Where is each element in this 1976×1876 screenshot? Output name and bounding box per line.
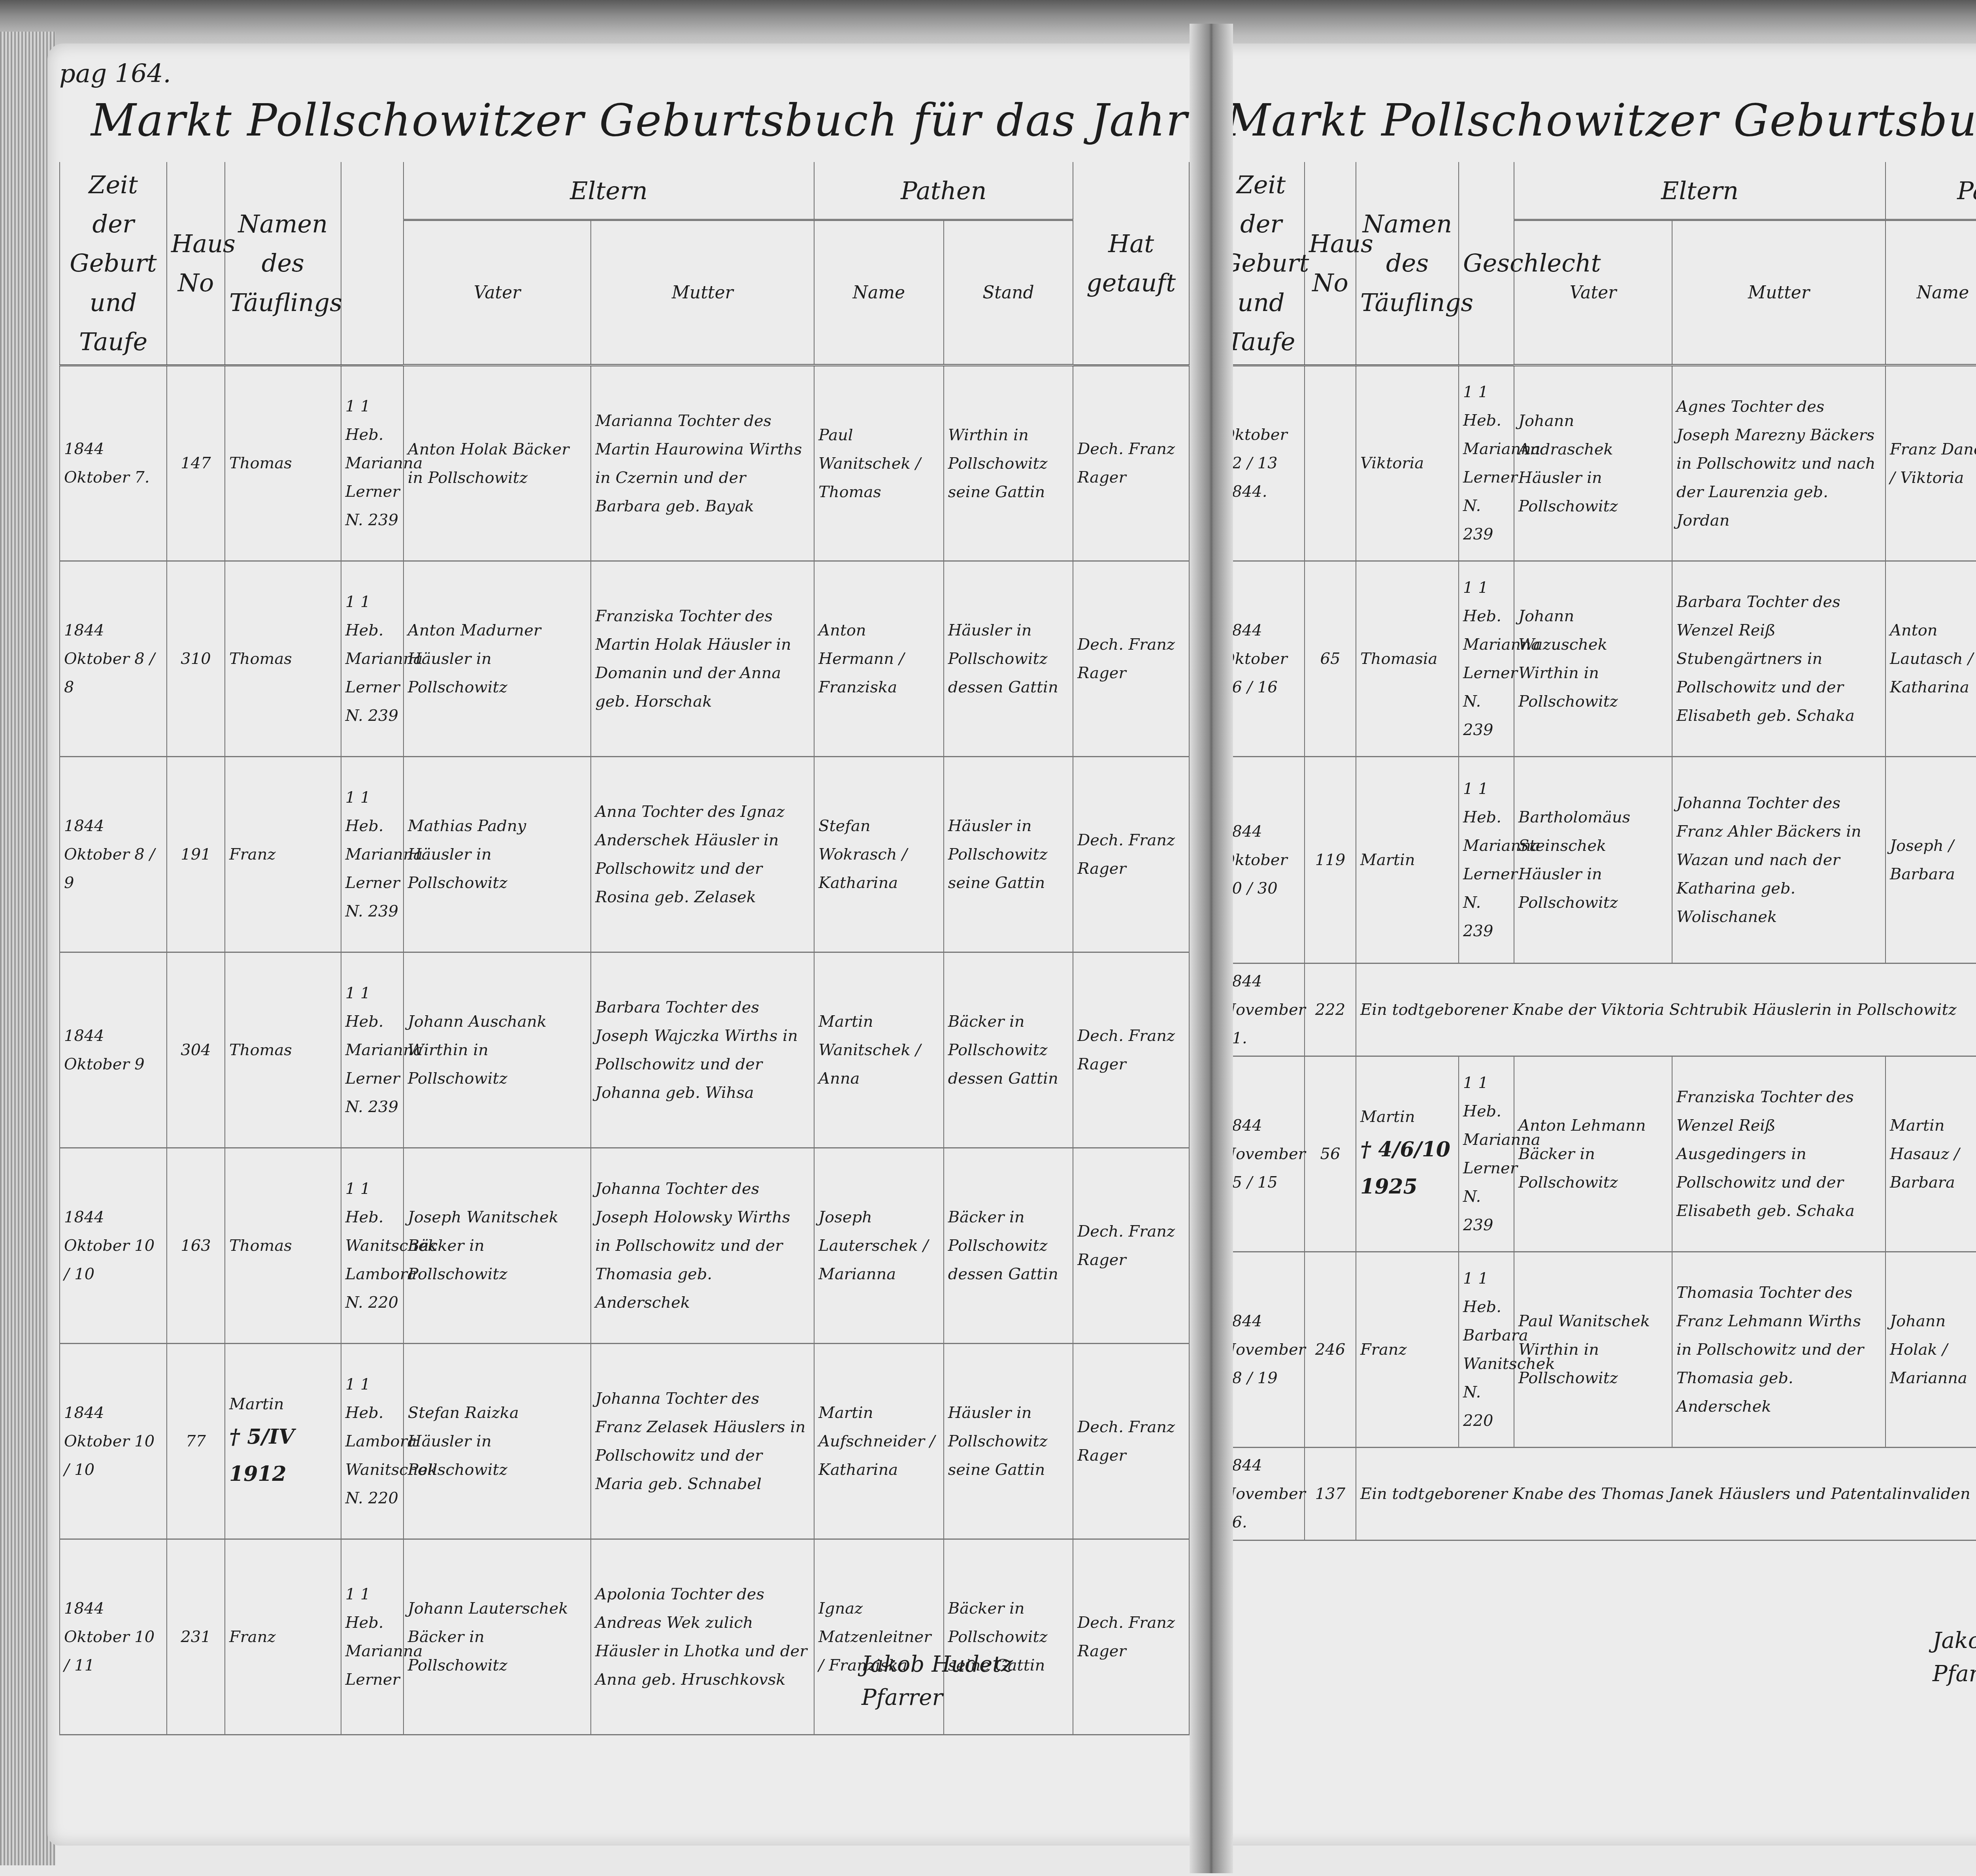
- register-entry: 1844 Oktober 10 / 11231Franz1 1Heb. Mari…: [60, 1539, 1189, 1735]
- entry-child: Thomas: [225, 561, 341, 756]
- entry-mother: Thomasia Tochter des Franz Lehmann Wirth…: [1672, 1252, 1885, 1447]
- entry-father: Anton Lehmann Bäcker in Pollschowitz: [1514, 1056, 1672, 1252]
- midwife: Heb. Marianna Lerner N. 239: [345, 616, 399, 730]
- entry-baptized-by: Dech. Franz Rager: [1073, 365, 1189, 561]
- header-date: Zeit der Geburt und Taufe: [60, 162, 167, 365]
- sex-marks: 1 1: [345, 588, 399, 616]
- entry-child: Martin: [1356, 756, 1459, 963]
- entry-mother: Johanna Tochter des Franz Zelasek Häusle…: [591, 1343, 814, 1539]
- header-parents: Eltern: [403, 162, 814, 220]
- entry-date: 1844 Oktober 7.: [60, 365, 167, 561]
- child-name: Martin: [229, 1390, 337, 1418]
- entry-godparent-name: Anton Lautasch / Katharina: [1885, 561, 1976, 756]
- page-stack-left: [0, 32, 55, 1865]
- entry-house-no: 163: [167, 1148, 225, 1343]
- birth-register-table: Zeit der Geburt und Taufe Haus No Namen …: [1217, 162, 1976, 1541]
- header-godparent-name: Name: [1885, 220, 1976, 366]
- entry-child: Martin† 4/6/10 1925: [1356, 1056, 1459, 1252]
- header-house-no: Haus No: [1305, 162, 1356, 365]
- entry-godparent-name: Joseph Lauterschek / Marianna: [814, 1148, 944, 1343]
- header-parents: Eltern: [1514, 162, 1885, 220]
- entry-mother: Barbara Tochter des Joseph Wajczka Wirth…: [591, 952, 814, 1148]
- entry-child: Thomas: [225, 952, 341, 1148]
- register-entry: 1844 Oktober 30 / 30119Martin1 1Heb. Mar…: [1218, 756, 1976, 963]
- child-name: Viktoria: [1360, 449, 1454, 477]
- entry-father: Johann Auschank Wirthin in Pollschowitz: [403, 952, 591, 1148]
- child-name: Thomasia: [1360, 645, 1454, 673]
- header-mother: Mutter: [1672, 220, 1885, 366]
- entry-house-no: 147: [167, 365, 225, 561]
- header-child-name: Namen des Täuflings: [225, 162, 341, 365]
- entry-sex-midwife: 1 1Heb. Marianna Lerner N. 239: [341, 952, 403, 1148]
- header-sex: Geschlecht: [1459, 162, 1514, 365]
- entry-house-no: 65: [1305, 561, 1356, 756]
- entry-house-no: 231: [167, 1539, 225, 1735]
- entry-sex-midwife: 1 1Heb. Lambora Wanitschek N. 220: [341, 1343, 403, 1539]
- header-mother: Mutter: [591, 220, 814, 366]
- child-name: Franz: [229, 1623, 337, 1651]
- entry-house-no: 191: [167, 756, 225, 952]
- entry-godparent-status: Bäcker in Pollschowitz dessen Gattin: [944, 1148, 1073, 1343]
- entry-date: 1844 Oktober 9: [60, 952, 167, 1148]
- entry-note: Ein todtgeborener Knabe des Thomas Janek…: [1356, 1447, 1976, 1540]
- entry-house-no: 246: [1305, 1252, 1356, 1447]
- book-spread: pag 164. Markt Pollschowitzer Geburtsbuc…: [0, 0, 1976, 1876]
- register-entry: 1844 Oktober 10 / 1077Martin† 5/IV 19121…: [60, 1343, 1189, 1539]
- sex-marks: 1 1: [345, 1370, 399, 1399]
- child-name: Martin: [1360, 846, 1454, 874]
- entry-mother: Marianna Tochter des Martin Haurowina Wi…: [591, 365, 814, 561]
- child-name: Franz: [1360, 1335, 1454, 1364]
- entry-mother: Franziska Tochter des Wenzel Reiß Ausged…: [1672, 1056, 1885, 1252]
- page-title: Markt Pollschowitzer Geburtsbuch für das…: [1225, 95, 1976, 146]
- sex-marks: 1 1: [345, 392, 399, 420]
- entry-sex-midwife: 1 1Heb. Wanitschek Lambora N. 220: [341, 1148, 403, 1343]
- entry-father: Joseph Wanitschek Bäcker in Pollschowitz: [403, 1148, 591, 1343]
- register-entry: Oktober 12 / 13 1844.Viktoria1 1Heb. Mar…: [1218, 365, 1976, 561]
- child-name: Thomas: [229, 1036, 337, 1064]
- midwife: Heb. Marianna Lerner N. 239: [1463, 602, 1510, 744]
- entry-date: 1844 Oktober 8 / 8: [60, 561, 167, 756]
- midwife: Heb. Marianna Lerner N. 239: [345, 420, 399, 534]
- entry-child: Martin† 5/IV 1912: [225, 1343, 341, 1539]
- entry-sex-midwife: 1 1Heb. Marianna Lerner N. 239: [341, 756, 403, 952]
- header-godparent-name: Name: [814, 220, 944, 366]
- entry-godparent-status: Häusler in Pollschowitz seine Gattin: [944, 1343, 1073, 1539]
- entry-godparent-status: Wirthin in Pollschowitz seine Gattin: [944, 365, 1073, 561]
- midwife: Heb. Lambora Wanitschek N. 220: [345, 1399, 399, 1512]
- entry-father: Paul Wanitschek Wirthin in Pollschowitz: [1514, 1252, 1672, 1447]
- entry-house-no: 137: [1305, 1447, 1356, 1540]
- entry-child: Franz: [225, 1539, 341, 1735]
- sex-marks: 1 1: [1463, 775, 1510, 803]
- register-entry: 1844 Oktober 9304Thomas1 1Heb. Marianna …: [60, 952, 1189, 1148]
- entry-date: 1844 Oktober 10 / 10: [60, 1343, 167, 1539]
- entry-godparent-name: Martin Wanitschek / Anna: [814, 952, 944, 1148]
- register-entry: 1844 Oktober 8 / 8310Thomas1 1Heb. Maria…: [60, 561, 1189, 756]
- entry-house-no: [1305, 365, 1356, 561]
- entry-house-no: 56: [1305, 1056, 1356, 1252]
- entry-godparent-status: Häusler in Pollschowitz dessen Gattin: [944, 561, 1073, 756]
- child-name: Thomas: [229, 1231, 337, 1260]
- entry-godparent-name: Joseph / Barbara: [1885, 756, 1976, 963]
- child-name: Franz: [229, 840, 337, 869]
- entry-father: Johann Wazuschek Wirthin in Pollschowitz: [1514, 561, 1672, 756]
- midwife: Heb. Barbara Wanitschek N. 220: [1463, 1293, 1510, 1435]
- book-gutter: [1190, 24, 1233, 1873]
- entry-baptized-by: Dech. Franz Rager: [1073, 756, 1189, 952]
- entry-godparent-name: Stefan Wokrasch / Katharina: [814, 756, 944, 952]
- entry-child: Viktoria: [1356, 365, 1459, 561]
- birth-register-table: Zeit der Geburt und Taufe Haus No Namen …: [59, 162, 1190, 1735]
- entry-baptized-by: Dech. Franz Rager: [1073, 1148, 1189, 1343]
- entry-sex-midwife: 1 1Heb. Marianna Lerner N. 239: [1459, 1056, 1514, 1252]
- header-house-no: Haus No: [167, 162, 225, 365]
- child-name: Thomas: [229, 645, 337, 673]
- register-entry: 1844 Oktober 8 / 9191Franz1 1Heb. Marian…: [60, 756, 1189, 952]
- entry-mother: Agnes Tochter des Joseph Marezny Bäckers…: [1672, 365, 1885, 561]
- register-entry: 1844 Oktober 16 / 1665Thomasia1 1Heb. Ma…: [1218, 561, 1976, 756]
- left-page: pag 164. Markt Pollschowitzer Geburtsbuc…: [47, 43, 1209, 1846]
- sex-marks: 1 1: [1463, 378, 1510, 406]
- sex-marks: 1 1: [345, 1580, 399, 1608]
- entry-mother: Anna Tochter des Ignaz Anderschek Häusle…: [591, 756, 814, 952]
- sex-marks: 1 1: [1463, 1069, 1510, 1097]
- midwife: Heb. Marianna Lerner N. 239: [345, 812, 399, 926]
- midwife: Heb. Marianna Lerner: [345, 1608, 399, 1694]
- header-father: Vater: [403, 220, 591, 366]
- entry-godparent-name: Franz Danek / Viktoria: [1885, 365, 1976, 561]
- register-entry: 1844 November 15 / 1556Martin† 4/6/10 19…: [1218, 1056, 1976, 1252]
- sex-marks: 1 1: [345, 783, 399, 812]
- entry-father: Bartholomäus Steinschek Häusler in Polls…: [1514, 756, 1672, 963]
- register-entry: 1844 Oktober 10 / 10163Thomas1 1Heb. Wan…: [60, 1148, 1189, 1343]
- entry-mother: Franziska Tochter des Martin Holak Häusl…: [591, 561, 814, 756]
- entry-house-no: 310: [167, 561, 225, 756]
- entry-father: Anton Holak Bäcker in Pollschowitz: [403, 365, 591, 561]
- header-child-name: Namen des Täuflings: [1356, 162, 1459, 365]
- entry-baptized-by: Dech. Franz Rager: [1073, 952, 1189, 1148]
- entry-baptized-by: Dech. Franz Rager: [1073, 1343, 1189, 1539]
- sex-marks: 1 1: [1463, 573, 1510, 602]
- header-father: Vater: [1514, 220, 1672, 366]
- entry-sex-midwife: 1 1Heb. Barbara Wanitschek N. 220: [1459, 1252, 1514, 1447]
- entry-child: Franz: [1356, 1252, 1459, 1447]
- entry-house-no: 304: [167, 952, 225, 1148]
- entry-mother: Apolonia Tochter des Andreas Wek zulich …: [591, 1539, 814, 1735]
- death-note: † 5/IV 1912: [229, 1418, 337, 1492]
- entry-godparent-name: Johann Holak / Marianna: [1885, 1252, 1976, 1447]
- sex-marks: 1 1: [345, 1175, 399, 1203]
- entry-godparent-name: Martin Hasauz / Barbara: [1885, 1056, 1976, 1252]
- entry-child: Franz: [225, 756, 341, 952]
- entry-father: Anton Madurner Häusler in Pollschowitz: [403, 561, 591, 756]
- entry-godparent-name: Anton Hermann / Franziska: [814, 561, 944, 756]
- child-name: Martin: [1360, 1103, 1454, 1131]
- page-number: pag 164.: [59, 59, 171, 89]
- register-entry: 1844 November 26.137Ein todtgeborener Kn…: [1218, 1447, 1976, 1540]
- entry-child: Thomas: [225, 365, 341, 561]
- entry-note: Ein todtgeborener Knabe der Viktoria Sch…: [1356, 963, 1976, 1056]
- sex-marks: 1 1: [1463, 1264, 1510, 1293]
- header-baptized-by: Hat getauft: [1073, 162, 1189, 365]
- header-sex: [341, 162, 403, 365]
- entry-child: Thomas: [225, 1148, 341, 1343]
- entry-father: Johann Lauterschek Bäcker in Pollschowit…: [403, 1539, 591, 1735]
- register-entry: 1844 November 11.222Ein todtgeborener Kn…: [1218, 963, 1976, 1056]
- entry-godparent-status: Bäcker in Pollschowitz dessen Gattin: [944, 952, 1073, 1148]
- entry-mother: Barbara Tochter des Wenzel Reiß Stubengä…: [1672, 561, 1885, 756]
- entry-house-no: 222: [1305, 963, 1356, 1056]
- entry-godparent-name: Paul Wanitschek / Thomas: [814, 365, 944, 561]
- midwife: Heb. Marianna Lerner N. 239: [1463, 1097, 1510, 1239]
- register-entry: 1844 November 18 / 19246Franz1 1Heb. Bar…: [1218, 1252, 1976, 1447]
- entry-father: Johann Andraschek Häusler in Pollschowit…: [1514, 365, 1672, 561]
- entry-mother: Johanna Tochter des Joseph Holowsky Wirt…: [591, 1148, 814, 1343]
- entry-sex-midwife: 1 1Heb. Marianna Lerner N. 239: [1459, 561, 1514, 756]
- priest-signature: Jakob Hudetz Pfarrer: [1933, 1624, 1976, 1691]
- midwife: Heb. Wanitschek Lambora N. 220: [345, 1203, 399, 1317]
- entry-date: 1844 Oktober 10 / 11: [60, 1539, 167, 1735]
- entry-date: 1844 Oktober 10 / 10: [60, 1148, 167, 1343]
- page-title: Markt Pollschowitzer Geburtsbuch für das…: [91, 95, 1333, 146]
- entry-child: Thomasia: [1356, 561, 1459, 756]
- entry-sex-midwife: 1 1Heb. Marianna Lerner N. 239: [1459, 756, 1514, 963]
- midwife: Heb. Marianna Lerner N. 239: [1463, 803, 1510, 945]
- death-note: † 4/6/10 1925: [1360, 1131, 1454, 1205]
- entry-godparent-status: Häusler in Pollschowitz seine Gattin: [944, 756, 1073, 952]
- entry-mother: Johanna Tochter des Franz Ahler Bäckers …: [1672, 756, 1885, 963]
- midwife: Heb. Marianna Lerner N. 239: [345, 1007, 399, 1121]
- entry-sex-midwife: 1 1Heb. Marianna Lerner: [341, 1539, 403, 1735]
- entry-father: Mathias Padny Häusler in Pollschowitz: [403, 756, 591, 952]
- entry-house-no: 119: [1305, 756, 1356, 963]
- midwife: Heb. Marianna Lerner N. 239: [1463, 406, 1510, 549]
- header-godparents: Pathen: [1885, 162, 1976, 220]
- child-name: Thomas: [229, 449, 337, 477]
- priest-signature: Jakob Hudetz Pfarrer: [862, 1648, 1013, 1714]
- register-entry: 1844 Oktober 7.147Thomas1 1Heb. Marianna…: [60, 365, 1189, 561]
- entry-sex-midwife: 1 1Heb. Marianna Lerner N. 239: [341, 365, 403, 561]
- entry-date: 1844 Oktober 8 / 9: [60, 756, 167, 952]
- entry-house-no: 77: [167, 1343, 225, 1539]
- entry-sex-midwife: 1 1Heb. Marianna Lerner N. 239: [1459, 365, 1514, 561]
- header-godparents: Pathen: [814, 162, 1073, 220]
- entry-father: Stefan Raizka Häusler in Pollschowitz: [403, 1343, 591, 1539]
- entry-sex-midwife: 1 1Heb. Marianna Lerner N. 239: [341, 561, 403, 756]
- entry-baptized-by: Dech. Franz Rager: [1073, 1539, 1189, 1735]
- sex-marks: 1 1: [345, 979, 399, 1007]
- header-godparent-status: Stand: [944, 220, 1073, 366]
- right-page: pag 165 Markt Pollschowitzer Geburtsbuch…: [1209, 43, 1976, 1846]
- entry-baptized-by: Dech. Franz Rager: [1073, 561, 1189, 756]
- entry-godparent-name: Martin Aufschneider / Katharina: [814, 1343, 944, 1539]
